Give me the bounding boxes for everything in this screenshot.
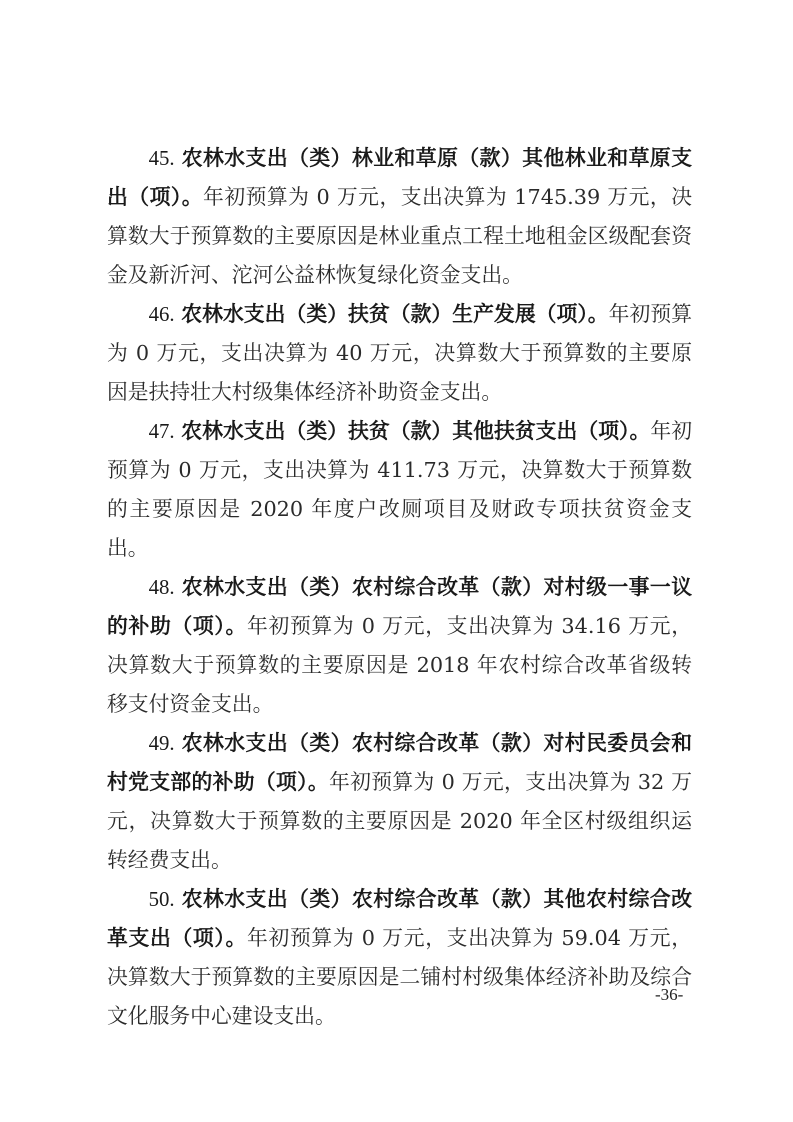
paragraph-45: 45. 农林水支出（类）林业和草原（款）其他林业和草原支出（项）。年初预算为 0… xyxy=(107,139,692,295)
item-number: 49. xyxy=(149,732,175,755)
paragraph-50: 50. 农林水支出（类）农村综合改革（款）其他农村综合改革支出（项）。年初预算为… xyxy=(107,880,692,1036)
paragraph-47: 47. 农林水支出（类）扶贫（款）其他扶贫支出（项）。年初预算为 0 万元，支出… xyxy=(107,412,692,568)
item-number: 45. xyxy=(149,147,175,170)
item-number: 47. xyxy=(149,420,175,443)
item-number: 48. xyxy=(149,576,175,599)
item-number: 50. xyxy=(149,888,175,911)
paragraph-48: 48. 农林水支出（类）农村综合改革（款）对村级一事一议的补助（项）。年初预算为… xyxy=(107,568,692,724)
page-number: -36- xyxy=(655,985,683,1005)
document-page: 45. 农林水支出（类）林业和草原（款）其他林业和草原支出（项）。年初预算为 0… xyxy=(107,139,692,1036)
item-number: 46. xyxy=(149,303,175,326)
item-heading: 农林水支出（类）扶贫（款）其他扶贫支出（项）。 xyxy=(181,419,650,443)
paragraph-49: 49. 农林水支出（类）农村综合改革（款）对村民委员会和村党支部的补助（项）。年… xyxy=(107,724,692,880)
item-heading: 农林水支出（类）扶贫（款）生产发展（项）。 xyxy=(181,302,608,326)
paragraph-46: 46. 农林水支出（类）扶贫（款）生产发展（项）。年初预算为 0 万元，支出决算… xyxy=(107,295,692,412)
